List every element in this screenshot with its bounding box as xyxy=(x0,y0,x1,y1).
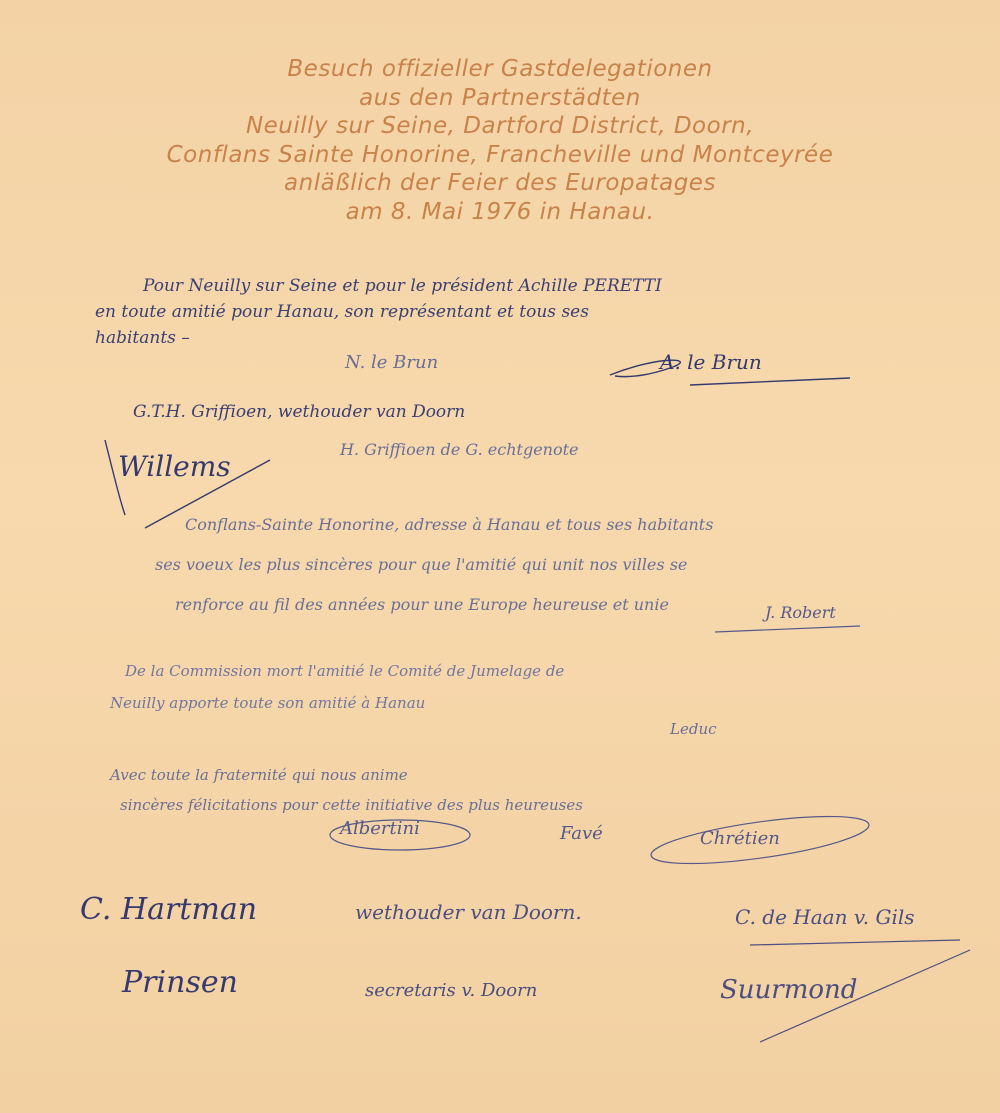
entry-line: Avec toute la fraternité qui nous anime xyxy=(110,760,583,790)
heading-line: anläßlich der Feier des Europatages xyxy=(40,169,960,198)
signature-underline xyxy=(710,620,870,640)
signature-hartman: C. Hartman xyxy=(80,892,257,927)
signature-loops xyxy=(320,805,880,885)
page-heading: Besuch offizieller Gastdelegationen aus … xyxy=(40,55,960,226)
entry-comite: De la Commission mort l'amitié le Comité… xyxy=(110,655,564,719)
entry-doorn-line2: H. Griffioen de G. echtgenote xyxy=(340,440,579,459)
heading-line: Neuilly sur Seine, Dartford District, Do… xyxy=(40,112,960,141)
heading-line: Conflans Sainte Honorine, Francheville u… xyxy=(40,141,960,170)
entry-line: renforce au fil des années pour une Euro… xyxy=(175,585,713,625)
title-secretaris: secretaris v. Doorn xyxy=(365,980,537,1001)
entry-doorn-line1: G.T.H. Griffioen, wethouder van Doorn xyxy=(133,402,465,422)
signature-flourish xyxy=(600,350,860,390)
heading-line: aus den Partnerstädten xyxy=(40,84,960,113)
entry-line: De la Commission mort l'amitié le Comité… xyxy=(110,655,564,687)
guestbook-page: Besuch offizieller Gastdelegationen aus … xyxy=(0,0,1000,1113)
signature-n-le-brun: N. le Brun xyxy=(345,352,438,373)
title-wethouder: wethouder van Doorn. xyxy=(355,900,582,924)
signature-prinsen: Prinsen xyxy=(122,965,238,1000)
entry-conflans: Conflans-Sainte Honorine, adresse à Hana… xyxy=(165,505,713,625)
heading-line: am 8. Mai 1976 in Hanau. xyxy=(40,198,960,227)
entry-line: habitants – xyxy=(95,325,662,351)
signature-leduc: Leduc xyxy=(670,720,717,738)
heading-line: Besuch offizieller Gastdelegationen xyxy=(40,55,960,84)
entry-line: ses voeux les plus sincères pour que l'a… xyxy=(155,545,713,585)
entry-line: Conflans-Sainte Honorine, adresse à Hana… xyxy=(165,505,713,545)
entry-line: Pour Neuilly sur Seine et pour le présid… xyxy=(95,273,662,299)
signature-underlines xyxy=(690,920,990,1050)
entry-line: Neuilly apporte toute son amitié à Hanau xyxy=(110,687,564,719)
entry-neuilly: Pour Neuilly sur Seine et pour le présid… xyxy=(95,273,662,351)
entry-line: en toute amitié pour Hanau, son représen… xyxy=(95,299,662,325)
